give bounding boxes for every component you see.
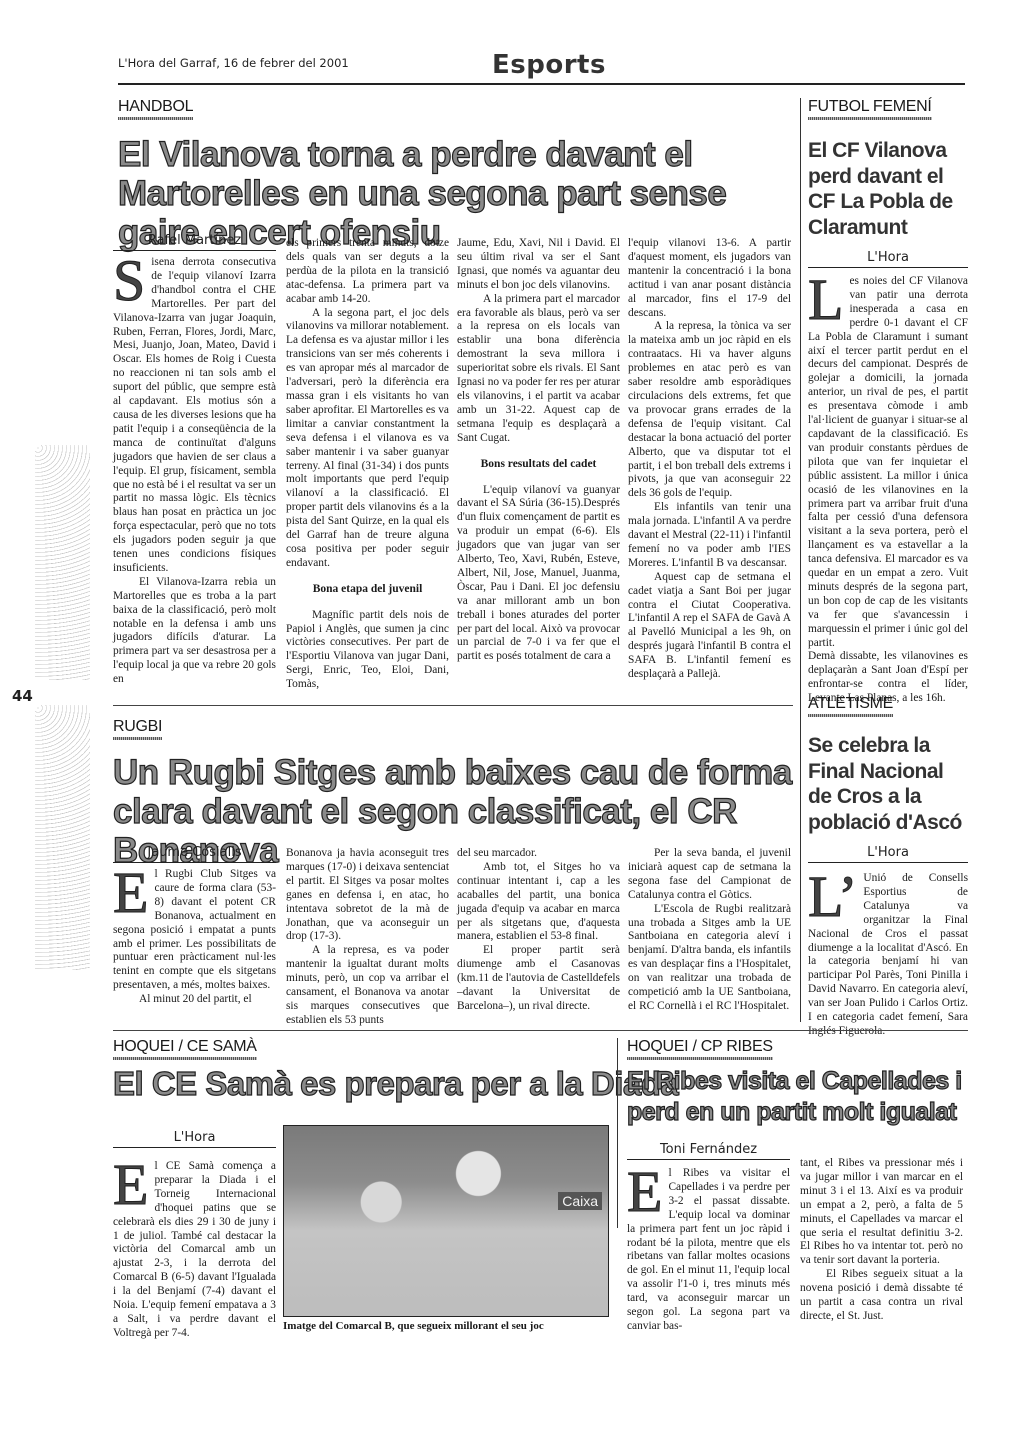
section-label-handbol: HANDBOL bbox=[118, 98, 193, 120]
handbol-column-1: S isena derrota consecutiva de l'equip v… bbox=[113, 256, 276, 687]
paragraph: els primers trenta minuts, dotze dels qu… bbox=[286, 237, 449, 307]
paragraph: Els infantils van tenir una mala jornada… bbox=[628, 501, 791, 571]
team-photo: Caixa bbox=[283, 1125, 609, 1317]
publication-date: L'Hora del Garraf, 16 de febrer del 2001 bbox=[118, 56, 349, 70]
rugbi-column-4: Per la seva banda, el juvenil iniciarà a… bbox=[628, 847, 791, 1014]
section-label-hoquei-sama: HOQUEI / CE SAMÀ bbox=[113, 1038, 257, 1060]
hoquei-sama-byline-wrap: L'Hora bbox=[113, 1130, 276, 1148]
hoquei-sama-byline: L'Hora bbox=[113, 1130, 276, 1148]
section-label-hoquei-ribes: HOQUEI / CP RIBES bbox=[627, 1038, 773, 1060]
section-label-rugbi: RUGBI bbox=[113, 718, 162, 740]
hoquei-sama-headline: El CE Samà es prepara per a la Diada bbox=[113, 1066, 613, 1103]
section-divider bbox=[113, 705, 793, 706]
paragraph: Amb tot, el Sitges ho va continuar inten… bbox=[457, 861, 620, 944]
paragraph: Bonanova ja havia aconseguit tres marque… bbox=[286, 847, 449, 944]
hoquei-ribes-byline-wrap: Toni Fernández bbox=[627, 1142, 790, 1160]
page-number: 44 bbox=[12, 687, 33, 705]
column-divider bbox=[617, 1038, 618, 1228]
paragraph: L'equip vilanoví va guanyar davant el SA… bbox=[457, 484, 620, 665]
hoquei-ribes-column-1: E l Ribes va visitar el Capellades i va … bbox=[627, 1167, 790, 1334]
rugbi-column-2: Bonanova ja havia aconseguit tres marque… bbox=[286, 847, 449, 1028]
drop-cap: E bbox=[113, 1162, 148, 1208]
photo-caption: Imatge del Comarcal B, que segueix millo… bbox=[283, 1320, 613, 1332]
rugbi-column-3: del seu marcador. Amb tot, el Sitges ho … bbox=[457, 847, 620, 1014]
hoquei-ribes-column-2: tant, el Ribes va pressionar més i va ju… bbox=[800, 1157, 963, 1324]
paragraph: A la primera part el marcador era favora… bbox=[457, 293, 620, 446]
paragraph: l'equip vilanovi 13-6. A partir d'aquest… bbox=[628, 237, 791, 320]
hoquei-ribes-byline: Toni Fernández bbox=[627, 1142, 790, 1160]
paragraph: El Ribes segueix situat a la novena posi… bbox=[800, 1268, 963, 1324]
section-label-atletisme: ATLETISME bbox=[808, 695, 893, 717]
paragraph: tant, el Ribes va pressionar més i va ju… bbox=[800, 1157, 963, 1268]
futbol-byline: L'Hora bbox=[808, 250, 968, 268]
paragraph: El proper partit serà diumenge amb el Ca… bbox=[457, 944, 620, 1014]
rugbi-column-1: E l Rugbi Club Sitges va caure de forma … bbox=[113, 868, 276, 1007]
paragraph: L'Escola de Rugbi realitzarà una trobada… bbox=[628, 903, 791, 1014]
paragraph: Jaume, Edu, Xavi, Nil i David. El seu úl… bbox=[457, 237, 620, 293]
paragraph: es noies del CF Vilanova van patir una d… bbox=[808, 275, 968, 650]
futbol-headline: El CF Vilanova perd davant el CF La Pobl… bbox=[808, 138, 968, 240]
hoquei-sama-body: E l CE Samà comença a preparar la Diada … bbox=[113, 1160, 276, 1341]
paragraph: Magnífic partit dels nois de Papiol i An… bbox=[286, 609, 449, 692]
header-rule bbox=[118, 83, 965, 85]
atletisme-headline: Se celebra la Final Nacional de Cros a l… bbox=[808, 733, 968, 835]
drop-cap: E bbox=[627, 1169, 662, 1215]
photo-banner: Caixa bbox=[558, 1192, 602, 1210]
paragraph: Al minut 20 del partit, el bbox=[113, 993, 276, 1007]
paragraph: A la represa, la tònica va ser la mateix… bbox=[628, 320, 791, 501]
hoquei-ribes-headline: El Ribes visita el Capellades i perd en … bbox=[627, 1066, 967, 1127]
paragraph: Per la seva banda, el juvenil iniciarà a… bbox=[628, 847, 791, 903]
handbol-column-4: l'equip vilanovi 13-6. A partir d'aquest… bbox=[628, 237, 791, 682]
column-divider bbox=[800, 98, 801, 1022]
paragraph: del seu marcador. bbox=[457, 847, 620, 861]
drop-cap: L’ bbox=[808, 874, 857, 920]
paragraph: A la represa, es va poder mantenir la ig… bbox=[286, 944, 449, 1027]
handbol-column-2: els primers trenta minuts, dotze dels qu… bbox=[286, 237, 449, 692]
drop-cap: L bbox=[808, 277, 843, 323]
atletisme-byline: L'Hora bbox=[808, 845, 968, 863]
paragraph: Aquest cap de setmana el cadet viatja a … bbox=[628, 571, 791, 682]
margin-stipple bbox=[35, 705, 90, 970]
atletisme-body: L’ Unió de Consells Esportius de Catalun… bbox=[808, 872, 968, 1039]
subhead: Bona etapa del juvenil bbox=[286, 583, 449, 597]
atletisme-byline-wrap: L'Hora bbox=[808, 845, 968, 863]
section-label-futbol: FUTBOL FEMENÍ bbox=[808, 98, 932, 120]
section-title: Esports bbox=[492, 50, 606, 80]
subhead: Bons resultats del cadet bbox=[457, 458, 620, 472]
section-divider bbox=[113, 1030, 968, 1031]
handbol-column-3: Jaume, Edu, Xavi, Nil i David. El seu úl… bbox=[457, 237, 620, 664]
drop-cap: S bbox=[113, 258, 145, 304]
futbol-byline-wrap: L'Hora bbox=[808, 250, 968, 268]
paragraph: El Vilanova-Izarra rebia un Martorelles … bbox=[113, 576, 276, 687]
paragraph: A la segona part, el joc dels vilanovins… bbox=[286, 307, 449, 571]
drop-cap: E bbox=[113, 870, 148, 916]
futbol-body: L es noies del CF Vilanova van patir una… bbox=[808, 275, 968, 706]
margin-stipple bbox=[35, 445, 90, 680]
